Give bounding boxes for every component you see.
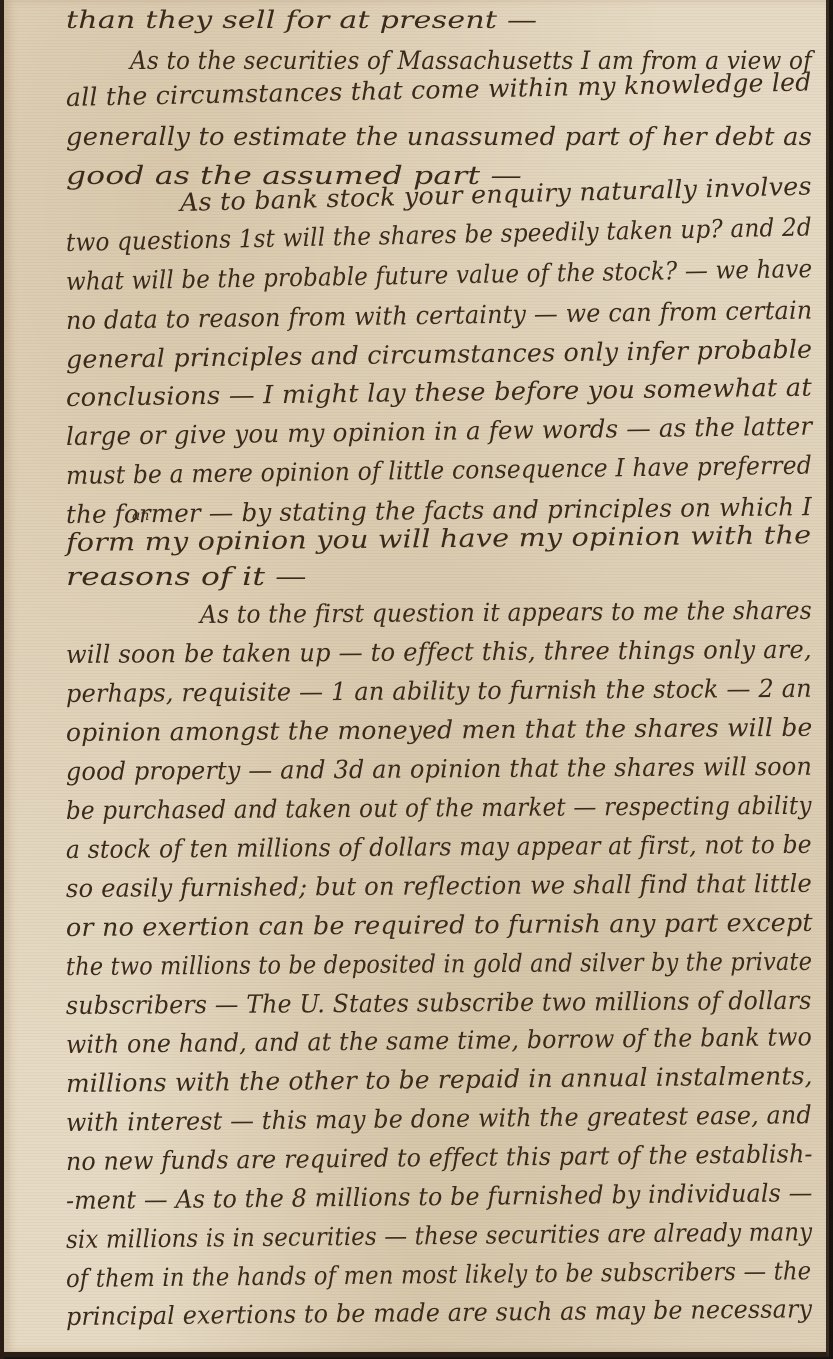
text-line-4: generally to estimate the unassumed part… [66,122,812,151]
text-line-30: with interest — this may be done with th… [66,1100,812,1137]
text-line-32: -ment — As to the 8 millions to be furni… [66,1178,813,1215]
text-line-28: with one hand, and at the same time, bor… [66,1022,812,1059]
text-line-18: will soon be taken up — to effect this, … [66,635,812,669]
interlinear-insertion: an [132,508,149,524]
text-line-29: millions with the other to be repaid in … [66,1061,813,1098]
text-line-17: As to the first question it appears to m… [200,596,812,629]
text-line-7: two questions 1st will the shares be spe… [66,212,812,257]
text-line-33: six millions is in securities — these se… [66,1217,813,1254]
text-line-20: opinion amongst the moneyed men that the… [66,713,813,747]
text-line-35: principal exertions to be made are such … [66,1294,812,1331]
text-line-24: so easily furnished; but on reflection w… [66,869,812,903]
text-line-22: be purchased and taken out of the market… [66,791,812,825]
text-line-1: than they sell for at present — [66,6,537,34]
text-line-12: large or give you my opinion in a few wo… [66,412,813,451]
text-line-9: no data to reason from with certainty — … [66,296,813,335]
text-line-10: general principles and circumstances onl… [66,335,813,374]
text-line-19: perhaps, requisite — 1 an ability to fur… [66,674,812,708]
text-line-8: what will be the probable future value o… [66,254,813,296]
text-line-34: of them in the hands of men most likely … [66,1256,812,1293]
text-line-13: must be a mere opinion of little consequ… [66,451,812,490]
text-line-21: good property — and 3d an opinion that t… [66,752,812,786]
text-line-11: conclusions — I might lay these before y… [66,373,812,412]
text-line-16: reasons of it — [66,562,307,591]
text-line-31: no new funds are required to effect this… [66,1139,813,1176]
text-line-23: a stock of ten millions of dollars may a… [66,830,812,864]
text-line-25: or no exertion can be required to furnis… [66,908,813,942]
text-line-27: subscribers — The U. States subscribe tw… [66,986,812,1020]
text-line-26: the two millions to be deposited in gold… [66,947,812,981]
manuscript-page: than they sell for at present — As to th… [4,0,829,1357]
